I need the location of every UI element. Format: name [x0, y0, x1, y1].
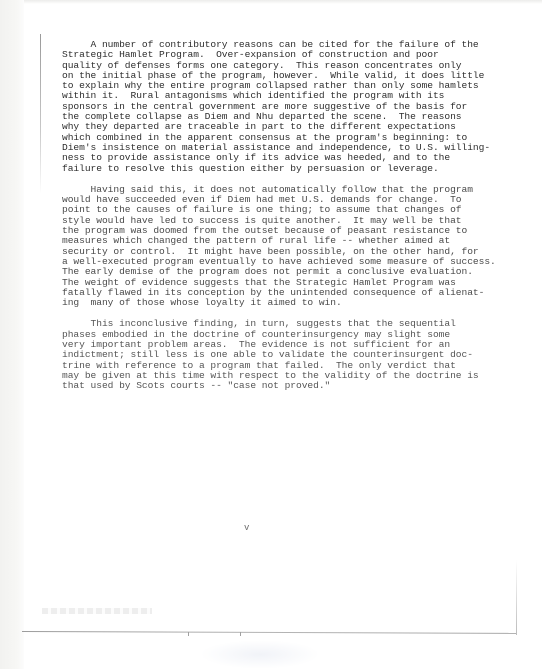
scan-top-shadow — [24, 0, 542, 4]
edge-tick — [188, 632, 189, 636]
scan-edge-shadow — [0, 0, 24, 669]
page-number: v — [244, 523, 249, 533]
document-page: A number of contributory reasons can be … — [62, 40, 482, 392]
bleed-through-smudge — [42, 608, 152, 614]
paragraph-2: Having said this, it does not automatica… — [62, 185, 482, 309]
scan-tint — [200, 640, 320, 669]
margin-mark — [40, 34, 41, 194]
page-bottom-edge — [22, 631, 516, 634]
paragraph-3: This inconclusive finding, in turn, sugg… — [62, 319, 482, 391]
paragraph-1: A number of contributory reasons can be … — [62, 40, 482, 174]
edge-tick — [240, 632, 241, 636]
page-right-edge — [516, 560, 517, 635]
